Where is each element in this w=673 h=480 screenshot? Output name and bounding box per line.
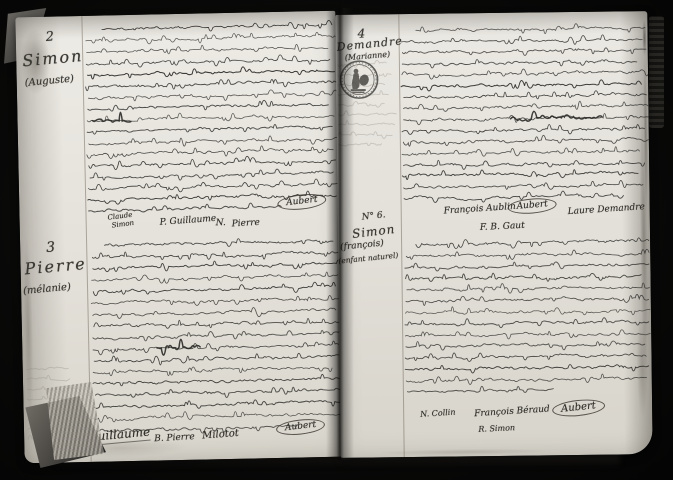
signature: P. Guillaume: [159, 215, 216, 228]
signature: Laure Demandre: [568, 203, 646, 217]
official-signature: Aubert: [275, 417, 326, 437]
official-signature: Aubert: [507, 197, 557, 216]
act-number: 2: [45, 30, 54, 44]
act-margin-name: Simon: [351, 223, 395, 240]
act-margin-name: Pierre: [24, 256, 87, 278]
act-margin-name: Simon: [22, 48, 84, 69]
signature: Simon: [111, 220, 134, 230]
signature: B. Pierre: [154, 433, 195, 444]
act-margin-detail: (françois): [340, 239, 384, 252]
margin-rule-line: [398, 14, 404, 457]
signature: R. Simon: [478, 424, 515, 434]
signature: N.: [216, 219, 226, 228]
register-right-page: 4 Demandre (Marianne) François Aublin Au…: [335, 11, 652, 458]
act-margin-detail: (Auguste): [24, 74, 74, 88]
act-number: 3: [46, 240, 56, 255]
signature: F. B. Gaut: [480, 222, 525, 233]
act-number: N° 6.: [361, 211, 386, 222]
signature: Milotot: [202, 429, 239, 442]
act-margin-name: Demandre: [336, 35, 403, 53]
page-stack-edge-right: [649, 16, 664, 128]
signature: Pierre: [232, 219, 261, 230]
revenue-stamp-icon: [338, 58, 381, 101]
act-margin-detail-2: (enfant naturel): [338, 252, 399, 265]
official-signature: Aubert: [277, 192, 328, 212]
official-signature: Aubert: [551, 397, 605, 418]
signature: N. Collin: [420, 409, 456, 419]
register-photo: 2 Simon (Auguste) Claude Simon P. Guilla…: [0, 0, 673, 480]
signature: François Aublin: [443, 203, 516, 217]
act-margin-detail: (mélanie): [23, 283, 72, 297]
signature: François Béraud: [474, 405, 550, 419]
